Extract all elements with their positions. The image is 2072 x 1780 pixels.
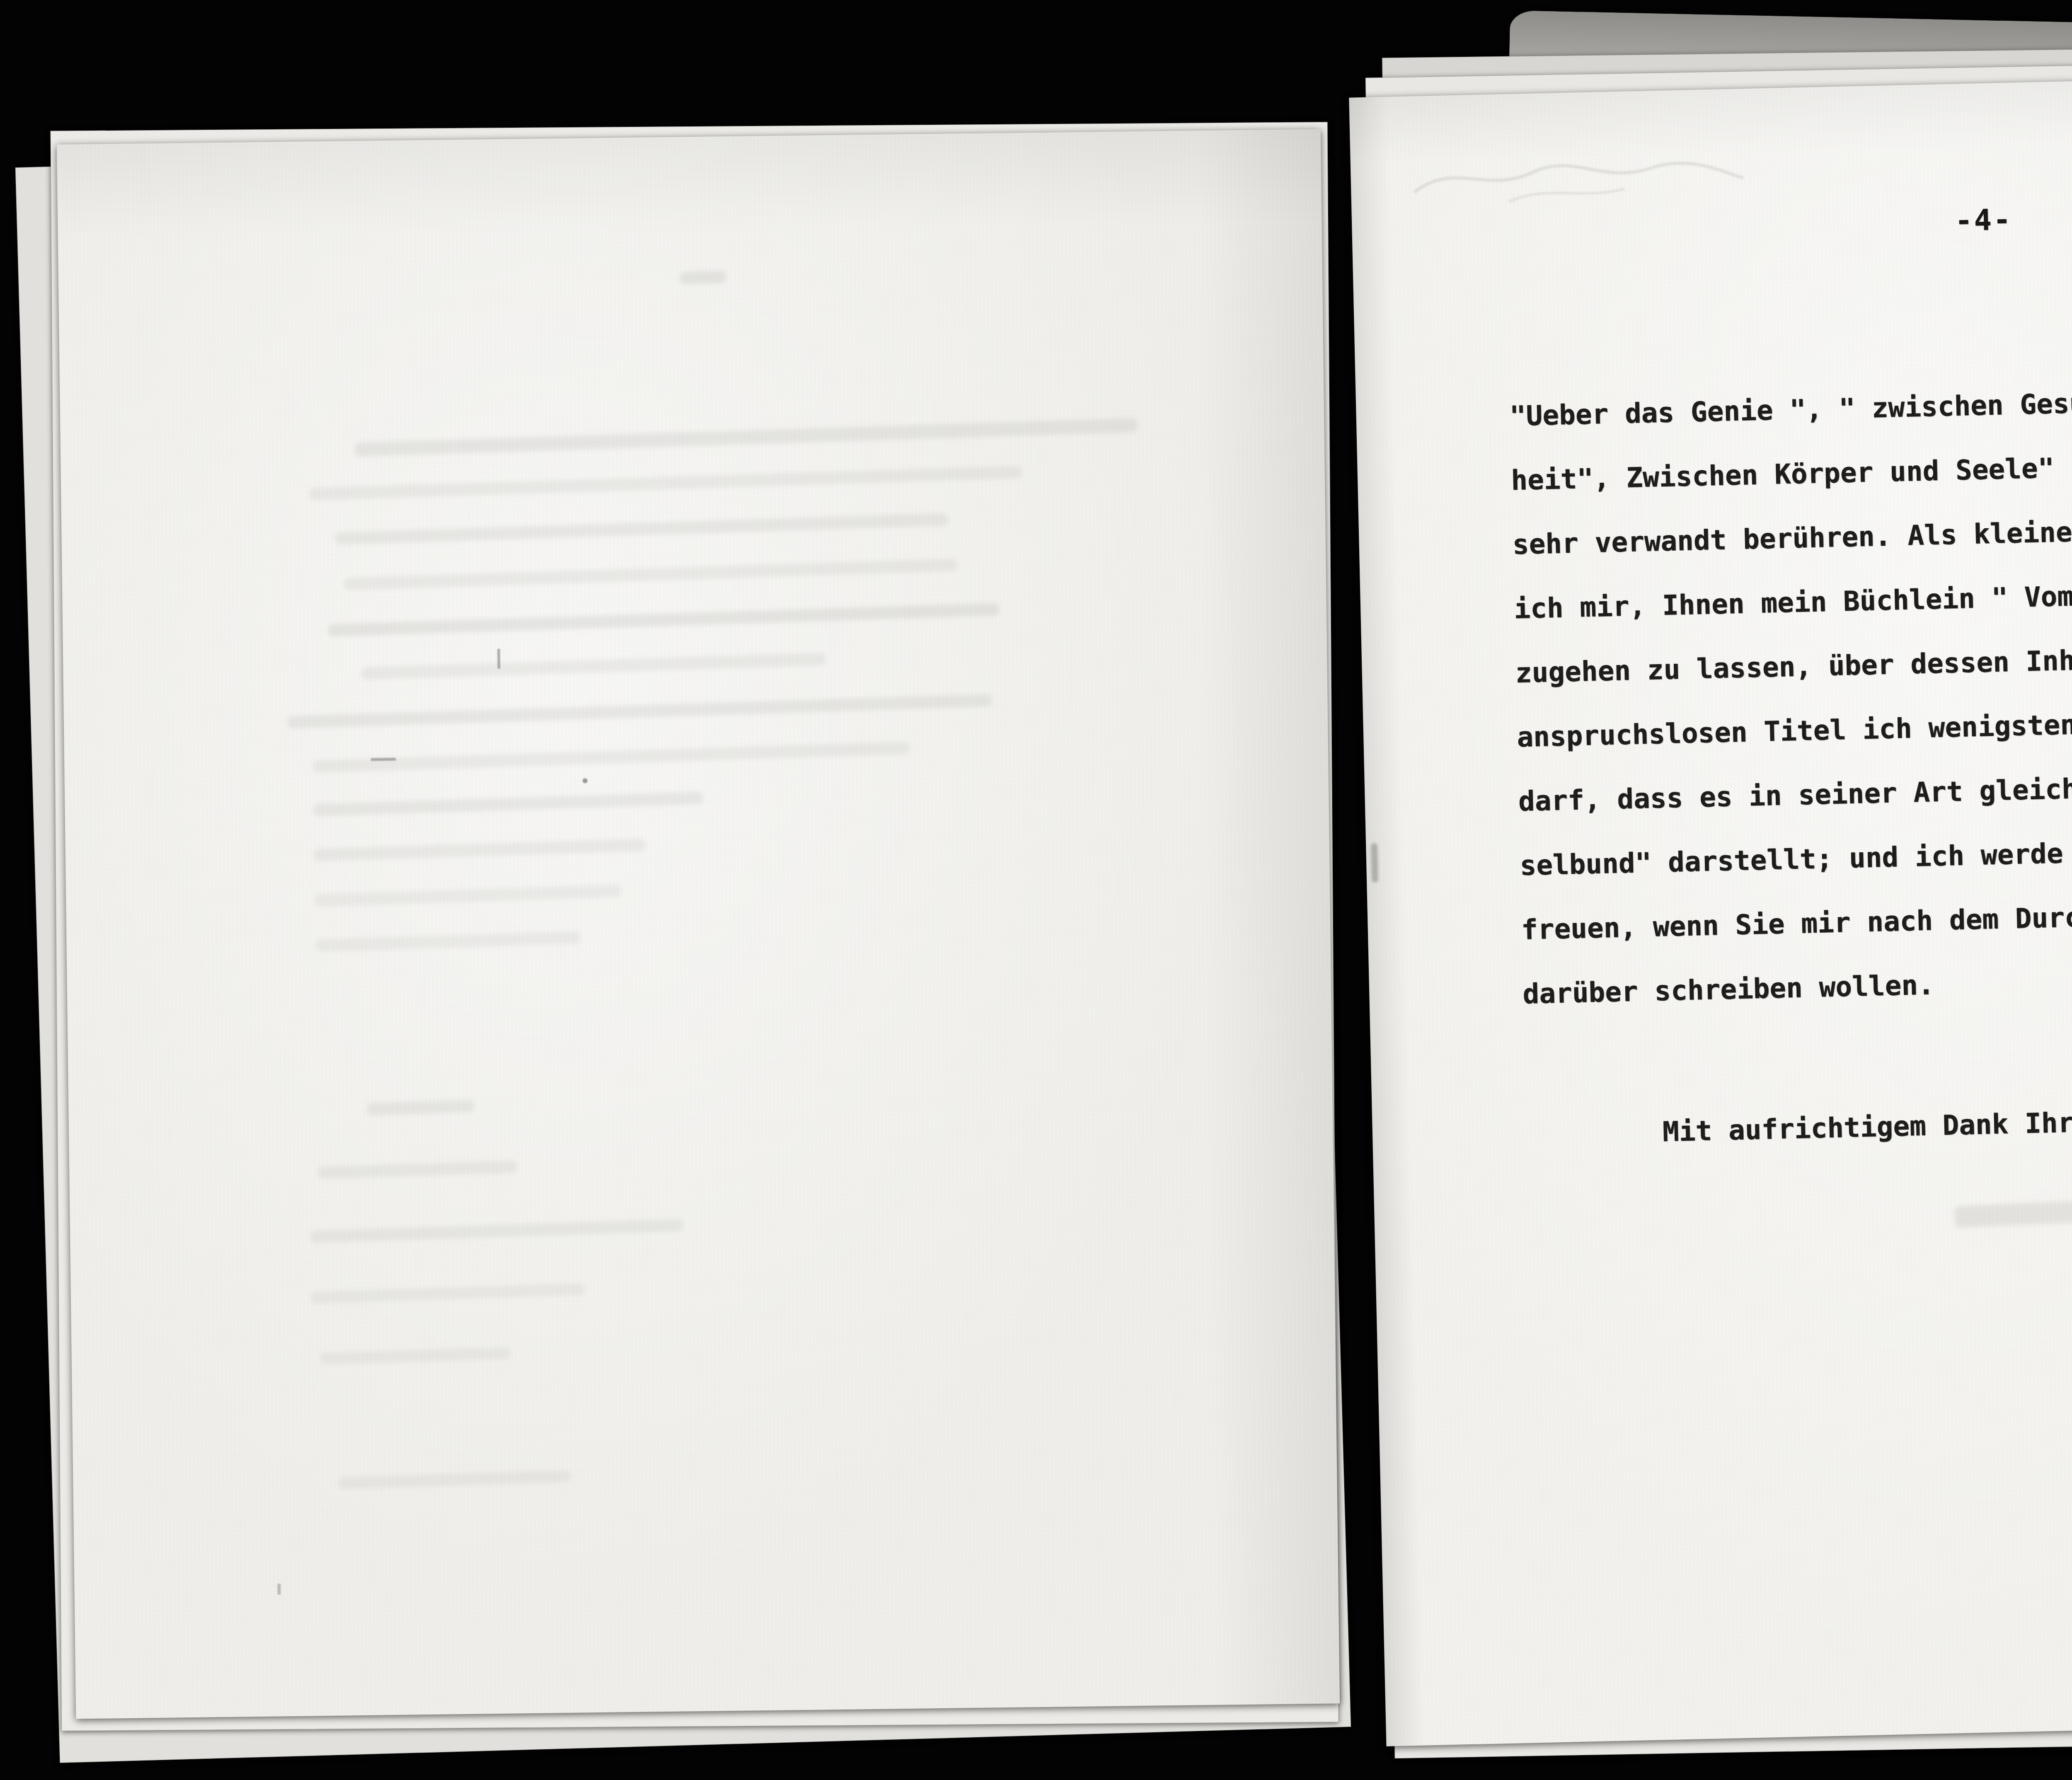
bleedthrough-line [367, 1100, 475, 1115]
bleedthrough-line [328, 603, 999, 637]
stray-mark [371, 758, 396, 761]
bleedthrough-line [361, 653, 825, 680]
stray-mark [277, 1584, 281, 1594]
scanner-background: { "scan": { "right_page": { "page_number… [0, 0, 2072, 1780]
bleedthrough-line [288, 694, 992, 728]
bleedthrough-line [310, 1219, 683, 1243]
bleedthrough-page-number [680, 271, 726, 284]
bleedthrough-line [320, 1347, 511, 1364]
closing-line: Mit aufrichtigem Dank Ihr hochachtungsvo… [1662, 1084, 2072, 1164]
bleedthrough-line [314, 839, 646, 861]
bleedthrough-line [335, 513, 948, 544]
page-number: -4- [1955, 205, 2013, 235]
bleedthrough-line [315, 885, 622, 907]
stray-mark [497, 649, 501, 669]
left-blank-page [57, 129, 1340, 1719]
bleedthrough-line [338, 1470, 571, 1490]
bleedthrough-line [310, 466, 1022, 501]
bleedthrough-line [313, 742, 910, 773]
pencil-annotation [1408, 138, 1750, 217]
letter-page: -4- "Ueber das Genie ", " zwischen Gesun… [1349, 68, 2072, 1746]
bleedthrough-line [313, 792, 703, 817]
stray-mark [583, 778, 588, 783]
bleedthrough-line [344, 559, 957, 590]
bleedthrough-line [311, 1283, 585, 1304]
bleedthrough-line [318, 1161, 517, 1179]
crease-mark [1371, 843, 1378, 883]
bleedthrough-line [315, 931, 581, 952]
bleedthrough-line [355, 418, 1138, 457]
